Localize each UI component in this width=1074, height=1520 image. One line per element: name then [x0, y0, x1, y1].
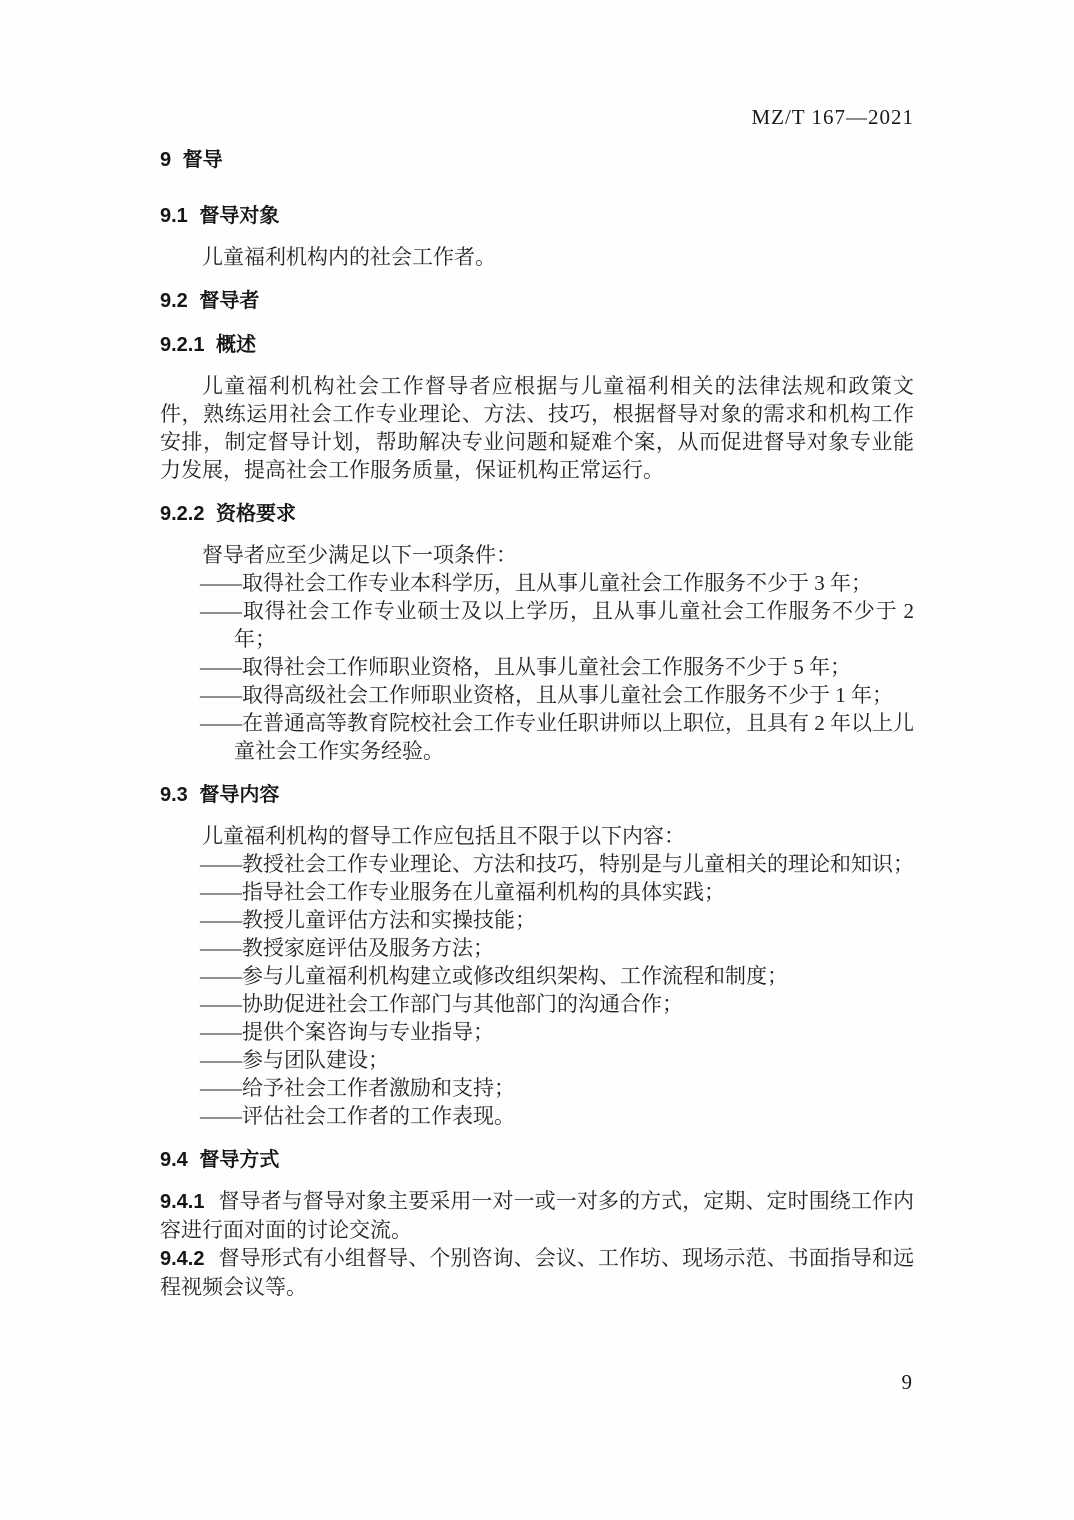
- paragraph-overview: 儿童福利机构社会工作督导者应根据与儿童福利相关的法律法规和政策文件，熟练运用社会…: [160, 372, 914, 484]
- section-heading-9-4: 9.4 督导方式: [160, 1146, 914, 1174]
- section-heading-9-2-1: 9.2.1 概述: [160, 331, 914, 359]
- supervision-content-list: ——教授社会工作专业理论、方法和技巧，特别是与儿童相关的理论和知识； ——指导社…: [160, 850, 914, 1130]
- clause-number-9-4-2: 9.4.2: [160, 1248, 204, 1270]
- paragraph-qualification-intro: 督导者应至少满足以下一项条件：: [160, 541, 914, 569]
- chapter-heading: 9 督导: [160, 146, 914, 174]
- content-item-4: ——教授家庭评估及服务方法；: [200, 934, 914, 962]
- qualification-item-1: ——取得社会工作专业本科学历，且从事儿童社会工作服务不少于 3 年；: [200, 569, 914, 597]
- paragraph-supervision-target: 儿童福利机构内的社会工作者。: [160, 243, 914, 271]
- content-item-3: ——教授儿童评估方法和实操技能；: [200, 906, 914, 934]
- content-item-8: ——参与团队建设；: [200, 1046, 914, 1074]
- content-item-7: ——提供个案咨询与专业指导；: [200, 1018, 914, 1046]
- page-number: 9: [902, 1368, 913, 1396]
- section-heading-9-2: 9.2 督导者: [160, 287, 914, 315]
- content-item-9: ——给予社会工作者激励和支持；: [200, 1074, 914, 1102]
- content-item-5: ——参与儿童福利机构建立或修改组织架构、工作流程和制度；: [200, 962, 914, 990]
- qualification-item-4: ——取得高级社会工作师职业资格，且从事儿童社会工作服务不少于 1 年；: [200, 681, 914, 709]
- document-header: MZ/T 167—2021: [160, 104, 914, 130]
- clause-text-9-4-2: 督导形式有小组督导、个别咨询、会议、工作坊、现场示范、书面指导和远程视频会议等。: [160, 1246, 914, 1299]
- clause-text-9-4-1: 督导者与督导对象主要采用一对一或一对多的方式，定期、定时围绕工作内容进行面对面的…: [160, 1189, 914, 1242]
- document-page: MZ/T 167—2021 9 督导 9.1 督导对象 儿童福利机构内的社会工作…: [0, 0, 1074, 1520]
- content-item-2: ——指导社会工作专业服务在儿童福利机构的具体实践；: [200, 878, 914, 906]
- section-heading-9-1: 9.1 督导对象: [160, 202, 914, 230]
- paragraph-9-4-2: 9.4.2督导形式有小组督导、个别咨询、会议、工作坊、现场示范、书面指导和远程视…: [160, 1244, 914, 1301]
- content-item-6: ——协助促进社会工作部门与其他部门的沟通合作；: [200, 990, 914, 1018]
- section-heading-9-3: 9.3 督导内容: [160, 781, 914, 809]
- qualification-item-5: ——在普通高等教育院校社会工作专业任职讲师以上职位，且具有 2 年以上儿童社会工…: [200, 709, 914, 765]
- clause-number-9-4-1: 9.4.1: [160, 1191, 204, 1213]
- content-item-1: ——教授社会工作专业理论、方法和技巧，特别是与儿童相关的理论和知识；: [200, 850, 914, 878]
- paragraph-content-intro: 儿童福利机构的督导工作应包括且不限于以下内容：: [160, 822, 914, 850]
- qualification-list: ——取得社会工作专业本科学历，且从事儿童社会工作服务不少于 3 年； ——取得社…: [160, 569, 914, 765]
- doc-ref-number: MZ/T 167—2021: [751, 105, 914, 129]
- qualification-item-3: ——取得社会工作师职业资格，且从事儿童社会工作服务不少于 5 年；: [200, 653, 914, 681]
- qualification-item-2: ——取得社会工作专业硕士及以上学历，且从事儿童社会工作服务不少于 2 年；: [200, 597, 914, 653]
- content-item-10: ——评估社会工作者的工作表现。: [200, 1102, 914, 1130]
- section-heading-9-2-2: 9.2.2 资格要求: [160, 500, 914, 528]
- paragraph-9-4-1: 9.4.1督导者与督导对象主要采用一对一或一对多的方式，定期、定时围绕工作内容进…: [160, 1187, 914, 1244]
